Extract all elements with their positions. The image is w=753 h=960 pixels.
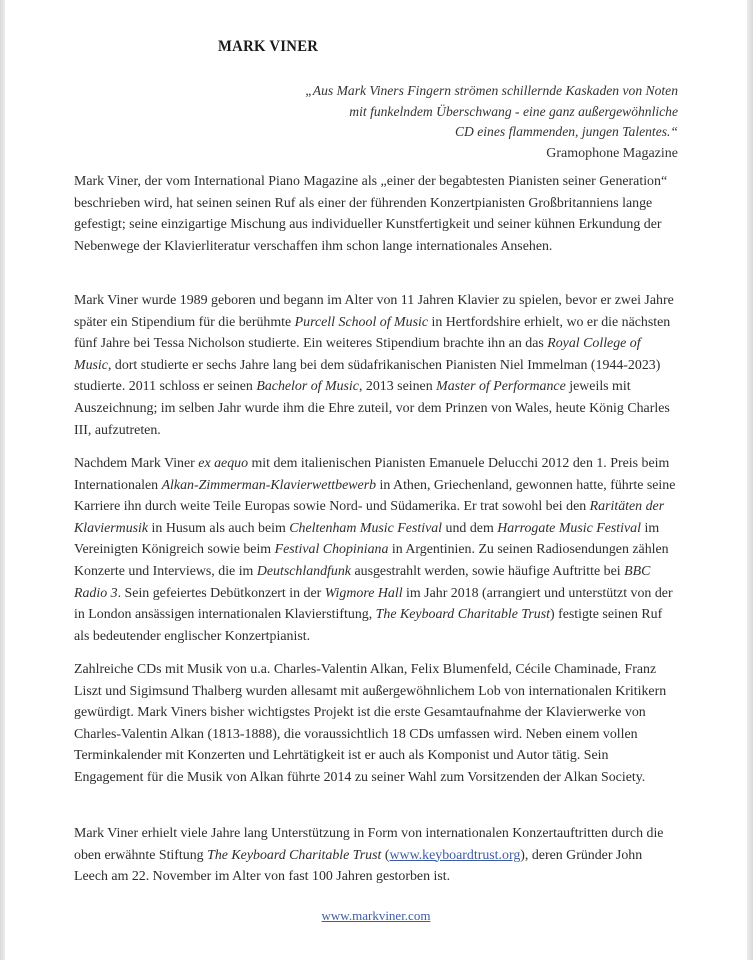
paragraph-text: ( (381, 848, 389, 863)
bio-paragraph-recordings: Zahlreiche CDs mit Musik von u.a. Charle… (74, 659, 678, 789)
degree-name: Master of Performance (436, 379, 566, 394)
foundation-name: The Keyboard Charitable Trust (376, 607, 550, 622)
bio-paragraph-support: Mark Viner erhielt viele Jahre lang Unte… (74, 823, 678, 888)
paragraph-text: und dem (442, 521, 497, 536)
competition-name: Alkan-Zimmerman-Klavierwettbewerb (162, 478, 377, 493)
quote-source: Gramophone Magazine (208, 144, 678, 164)
paragraph-text: Mark Viner, der vom International Piano … (74, 174, 667, 254)
foundation-name: The Keyboard Charitable Trust (207, 848, 381, 863)
festival-name: Harrogate Music Festival (497, 521, 641, 536)
page-edge-left (0, 0, 5, 960)
bio-paragraph-education: Mark Viner wurde 1989 geboren und begann… (74, 290, 678, 441)
institution-name: Purcell School of Music (295, 315, 428, 330)
paragraph-text: , 2013 seinen (359, 379, 436, 394)
degree-name: Bachelor of Music (256, 379, 359, 394)
venue-name: Wigmore Hall (325, 586, 403, 601)
page-title: MARK VINER (218, 38, 494, 56)
paragraph-text: Nachdem Mark Viner (74, 456, 198, 471)
paragraph-text: Zahlreiche CDs mit Musik von u.a. Charle… (74, 662, 666, 785)
bio-paragraph-career: Nachdem Mark Viner ex aequo mit dem ital… (74, 453, 678, 647)
footer: www.markviner.com (74, 908, 678, 924)
italic-phrase: ex aequo (198, 456, 248, 471)
quote-line: „Aus Mark Viners Fingern strömen schille… (305, 83, 678, 98)
quote-line: CD eines flammenden, jungen Talentes.“ (455, 124, 678, 139)
page-edge-right (747, 0, 753, 960)
quote-text: „Aus Mark Viners Fingern strömen schille… (208, 81, 678, 143)
press-quote: „Aus Mark Viners Fingern strömen schille… (208, 81, 678, 164)
paragraph-text: ausgestrahlt werden, sowie häufige Auftr… (351, 564, 624, 579)
website-link[interactable]: www.markviner.com (322, 908, 431, 923)
paragraph-text: . Sein gefeiertes Debütkonzert in der (118, 586, 325, 601)
festival-name: Cheltenham Music Festival (289, 521, 442, 536)
keyboardtrust-link[interactable]: www.keyboardtrust.org (390, 848, 521, 863)
festival-name: Festival Chopiniana (275, 542, 389, 557)
bio-paragraph-intro: Mark Viner, der vom International Piano … (74, 171, 678, 257)
quote-line: mit funkelndem Überschwang - eine ganz a… (349, 104, 678, 119)
paragraph-text: in Husum als auch beim (148, 521, 289, 536)
broadcaster-name: Deutschlandfunk (257, 564, 351, 579)
